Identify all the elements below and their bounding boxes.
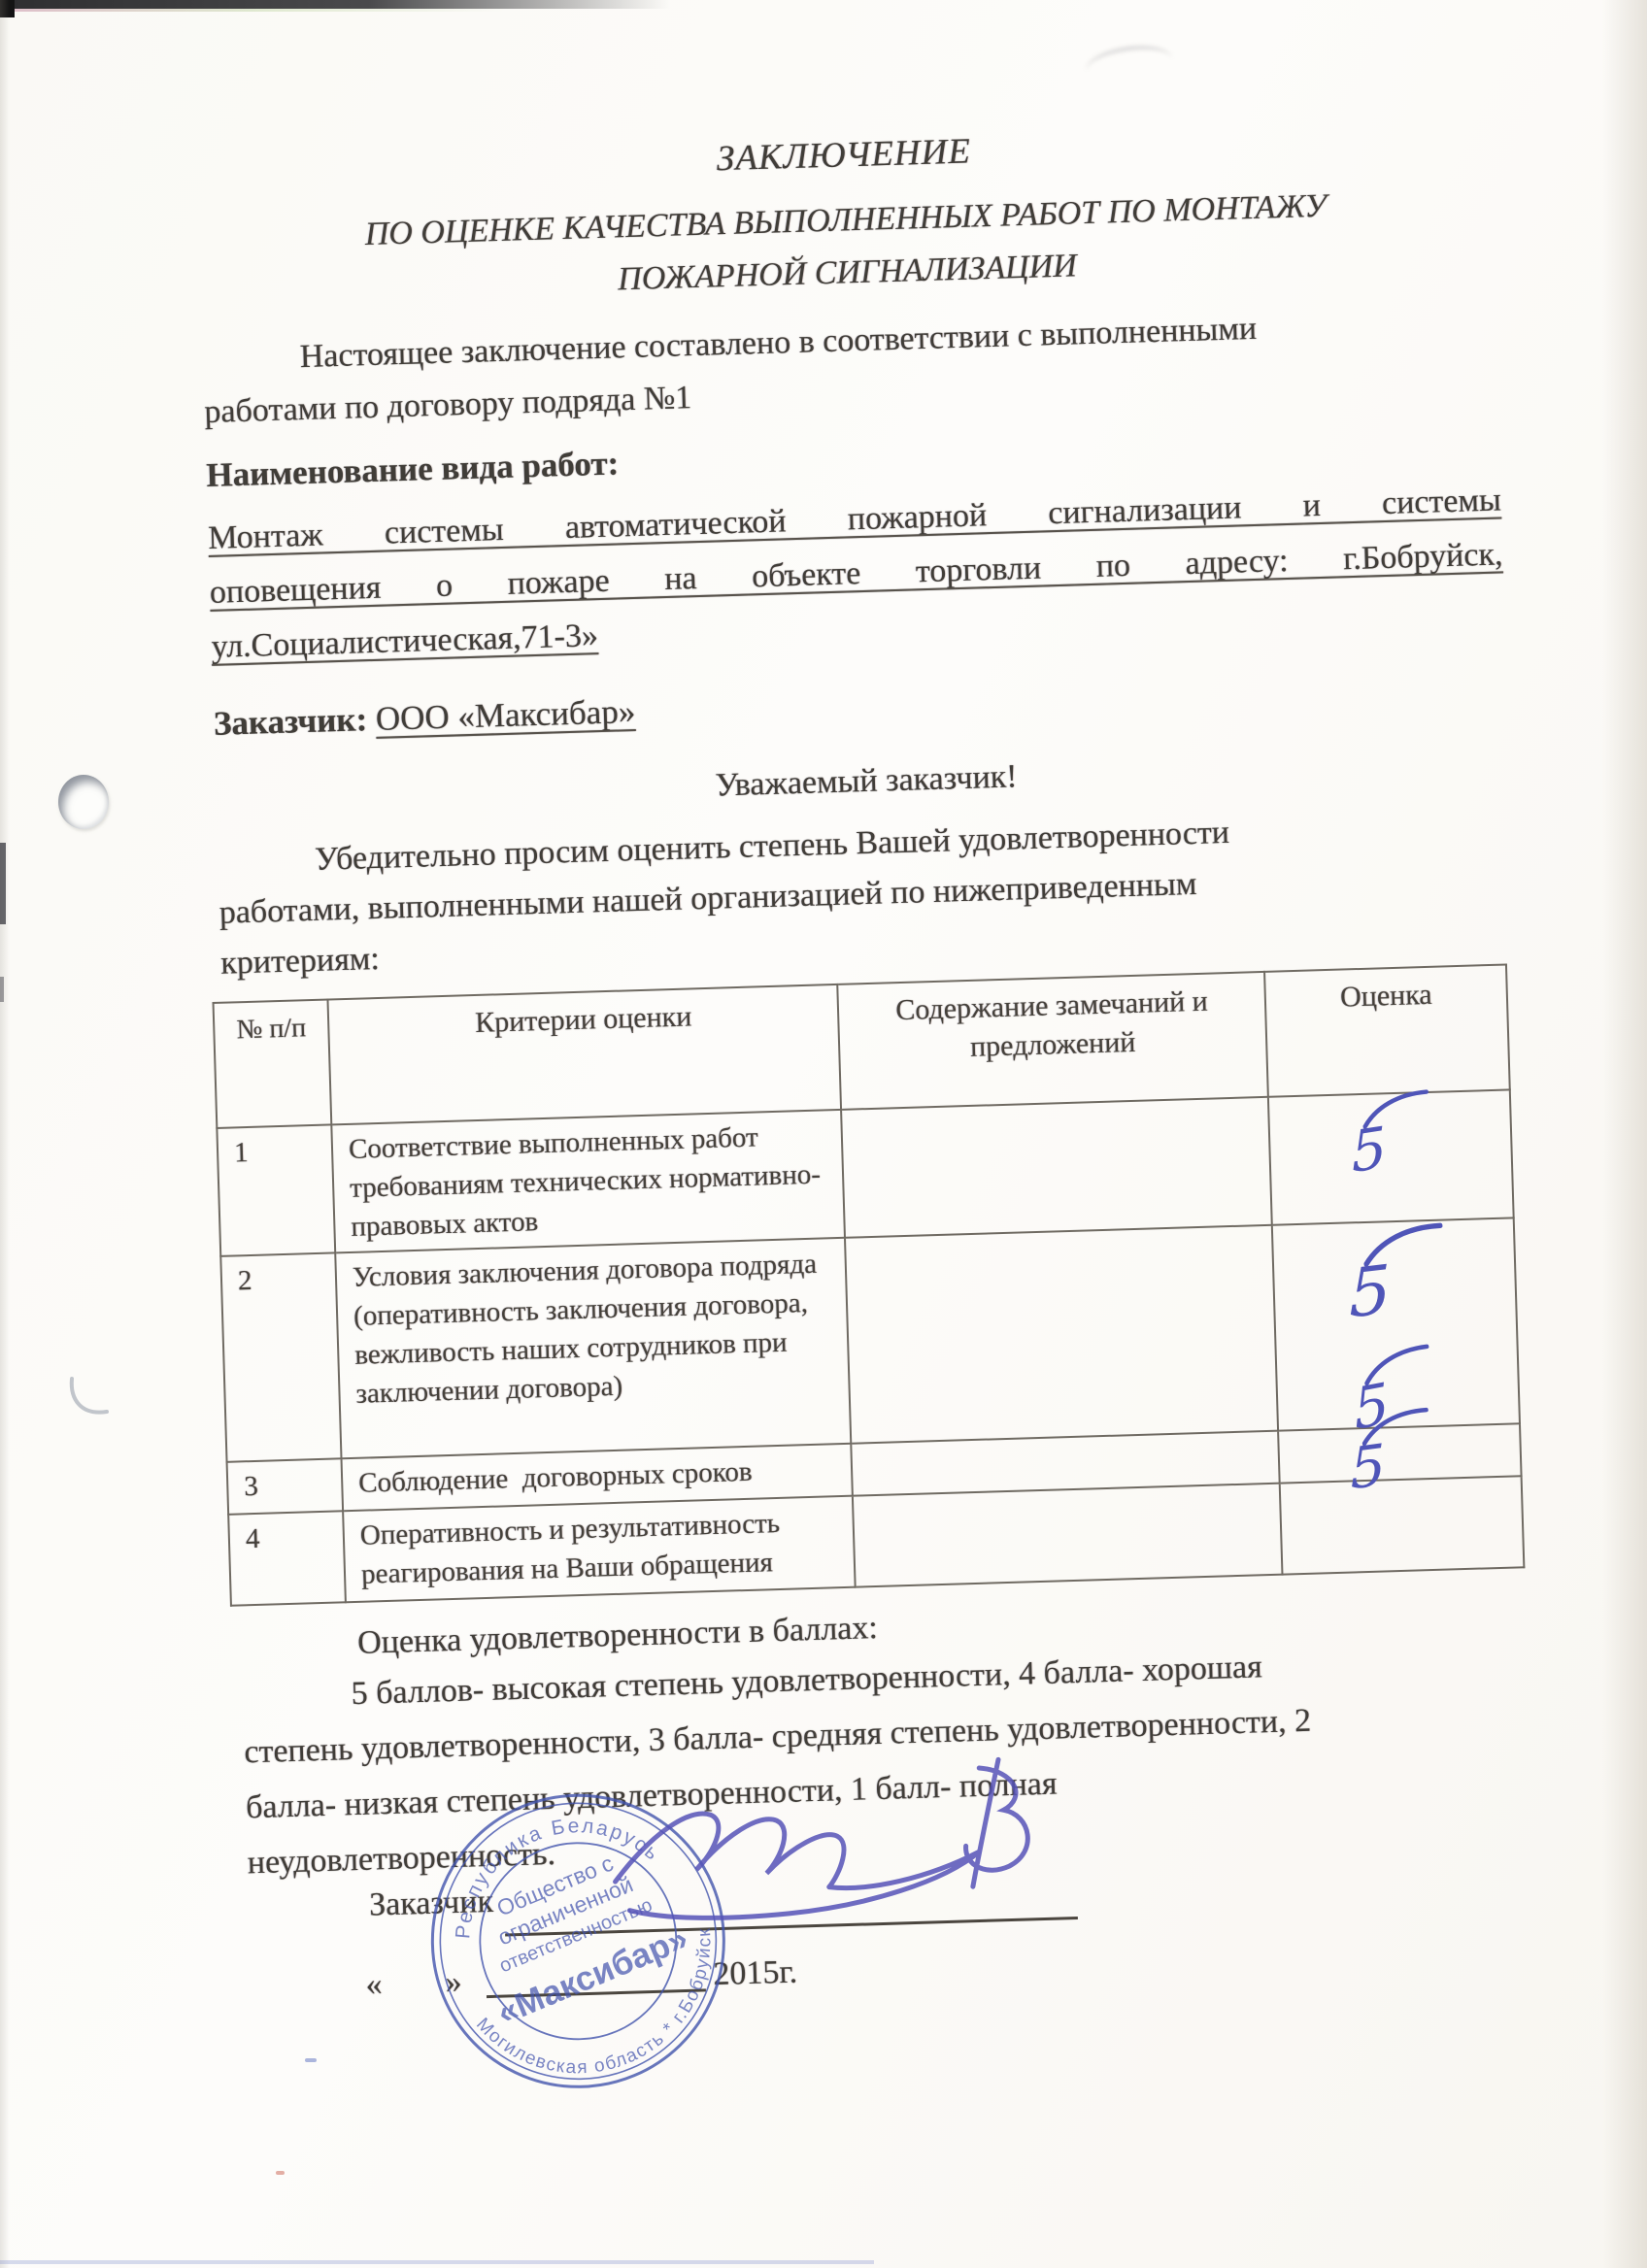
work-type-heading: Наименование вида работ: [206, 417, 1508, 495]
scan-left-edge-mark [0, 843, 6, 924]
header-cell-number: № п/п [214, 1000, 332, 1128]
handwritten-score-1: 5 [1339, 1095, 1470, 1218]
row-number-cell: 4 [228, 1511, 346, 1605]
scan-left-edge-band [0, 0, 10, 2268]
customer-name: ООО «Максибар» [375, 692, 636, 738]
ink-speck-red [276, 2171, 285, 2175]
score-value: 5 [1349, 1431, 1387, 1502]
punch-hole-mark [58, 775, 109, 829]
criterion-cell: Соответствие выполненных работ требовани… [331, 1110, 845, 1253]
criterion-cell: Оперативность и результативность реагиро… [343, 1496, 856, 1603]
scan-top-edge-shadow [0, 0, 670, 9]
left-margin-curl-mark [68, 1371, 115, 1423]
ink-speck-blue [305, 2058, 317, 2062]
scan-top-edge-fringe [0, 9, 505, 12]
work-type-line3-text: ул.Социалистическая,71-3» [211, 617, 598, 665]
evaluation-table: № п/п Критерии оценки Содержание замечан… [212, 963, 1525, 1606]
document-body: ЗАКЛЮЧЕНИЕ ПО ОЦЕНКЕ КАЧЕСТВА ВЫПОЛНЕННЫ… [0, 0, 1647, 2268]
criterion-cell: Условия заключения договора подряда (опе… [335, 1238, 851, 1458]
row-number-cell: 3 [227, 1458, 344, 1514]
customer-signature [544, 1740, 1093, 1960]
scanned-page: ЗАКЛЮЧЕНИЕ ПО ОЦЕНКЕ КАЧЕСТВА ВЫПОЛНЕННЫ… [0, 0, 1647, 2268]
table-row: 2 Условия заключения договора подряда (о… [220, 1217, 1520, 1461]
remarks-cell [845, 1225, 1278, 1444]
score-value: 5 [1349, 1250, 1392, 1333]
scan-bottom-edge-line [0, 2260, 874, 2264]
handwritten-score-4: 5 [1339, 1414, 1469, 1535]
customer-label: Заказчик: [213, 700, 367, 743]
row-number-cell: 1 [217, 1124, 335, 1255]
header-cell-criteria: Критерии оценки [327, 984, 841, 1125]
document-title: ЗАКЛЮЧЕНИЕ [197, 116, 1492, 195]
header-cell-remarks: Содержание замечаний и предложений [837, 972, 1268, 1110]
scan-left-edge-mark-small [0, 977, 4, 1002]
scan-right-edge-band [1602, 0, 1647, 2268]
score-value: 5 [1350, 1114, 1389, 1185]
header-cell-score: Оценка [1264, 965, 1510, 1097]
remarks-cell [841, 1097, 1272, 1238]
row-number-cell: 2 [220, 1252, 341, 1461]
customer-line: Заказчик: ООО «Максибар» [213, 666, 1515, 744]
salutation: Уважаемый заказчик! [216, 744, 1518, 819]
remarks-cell [853, 1484, 1283, 1587]
